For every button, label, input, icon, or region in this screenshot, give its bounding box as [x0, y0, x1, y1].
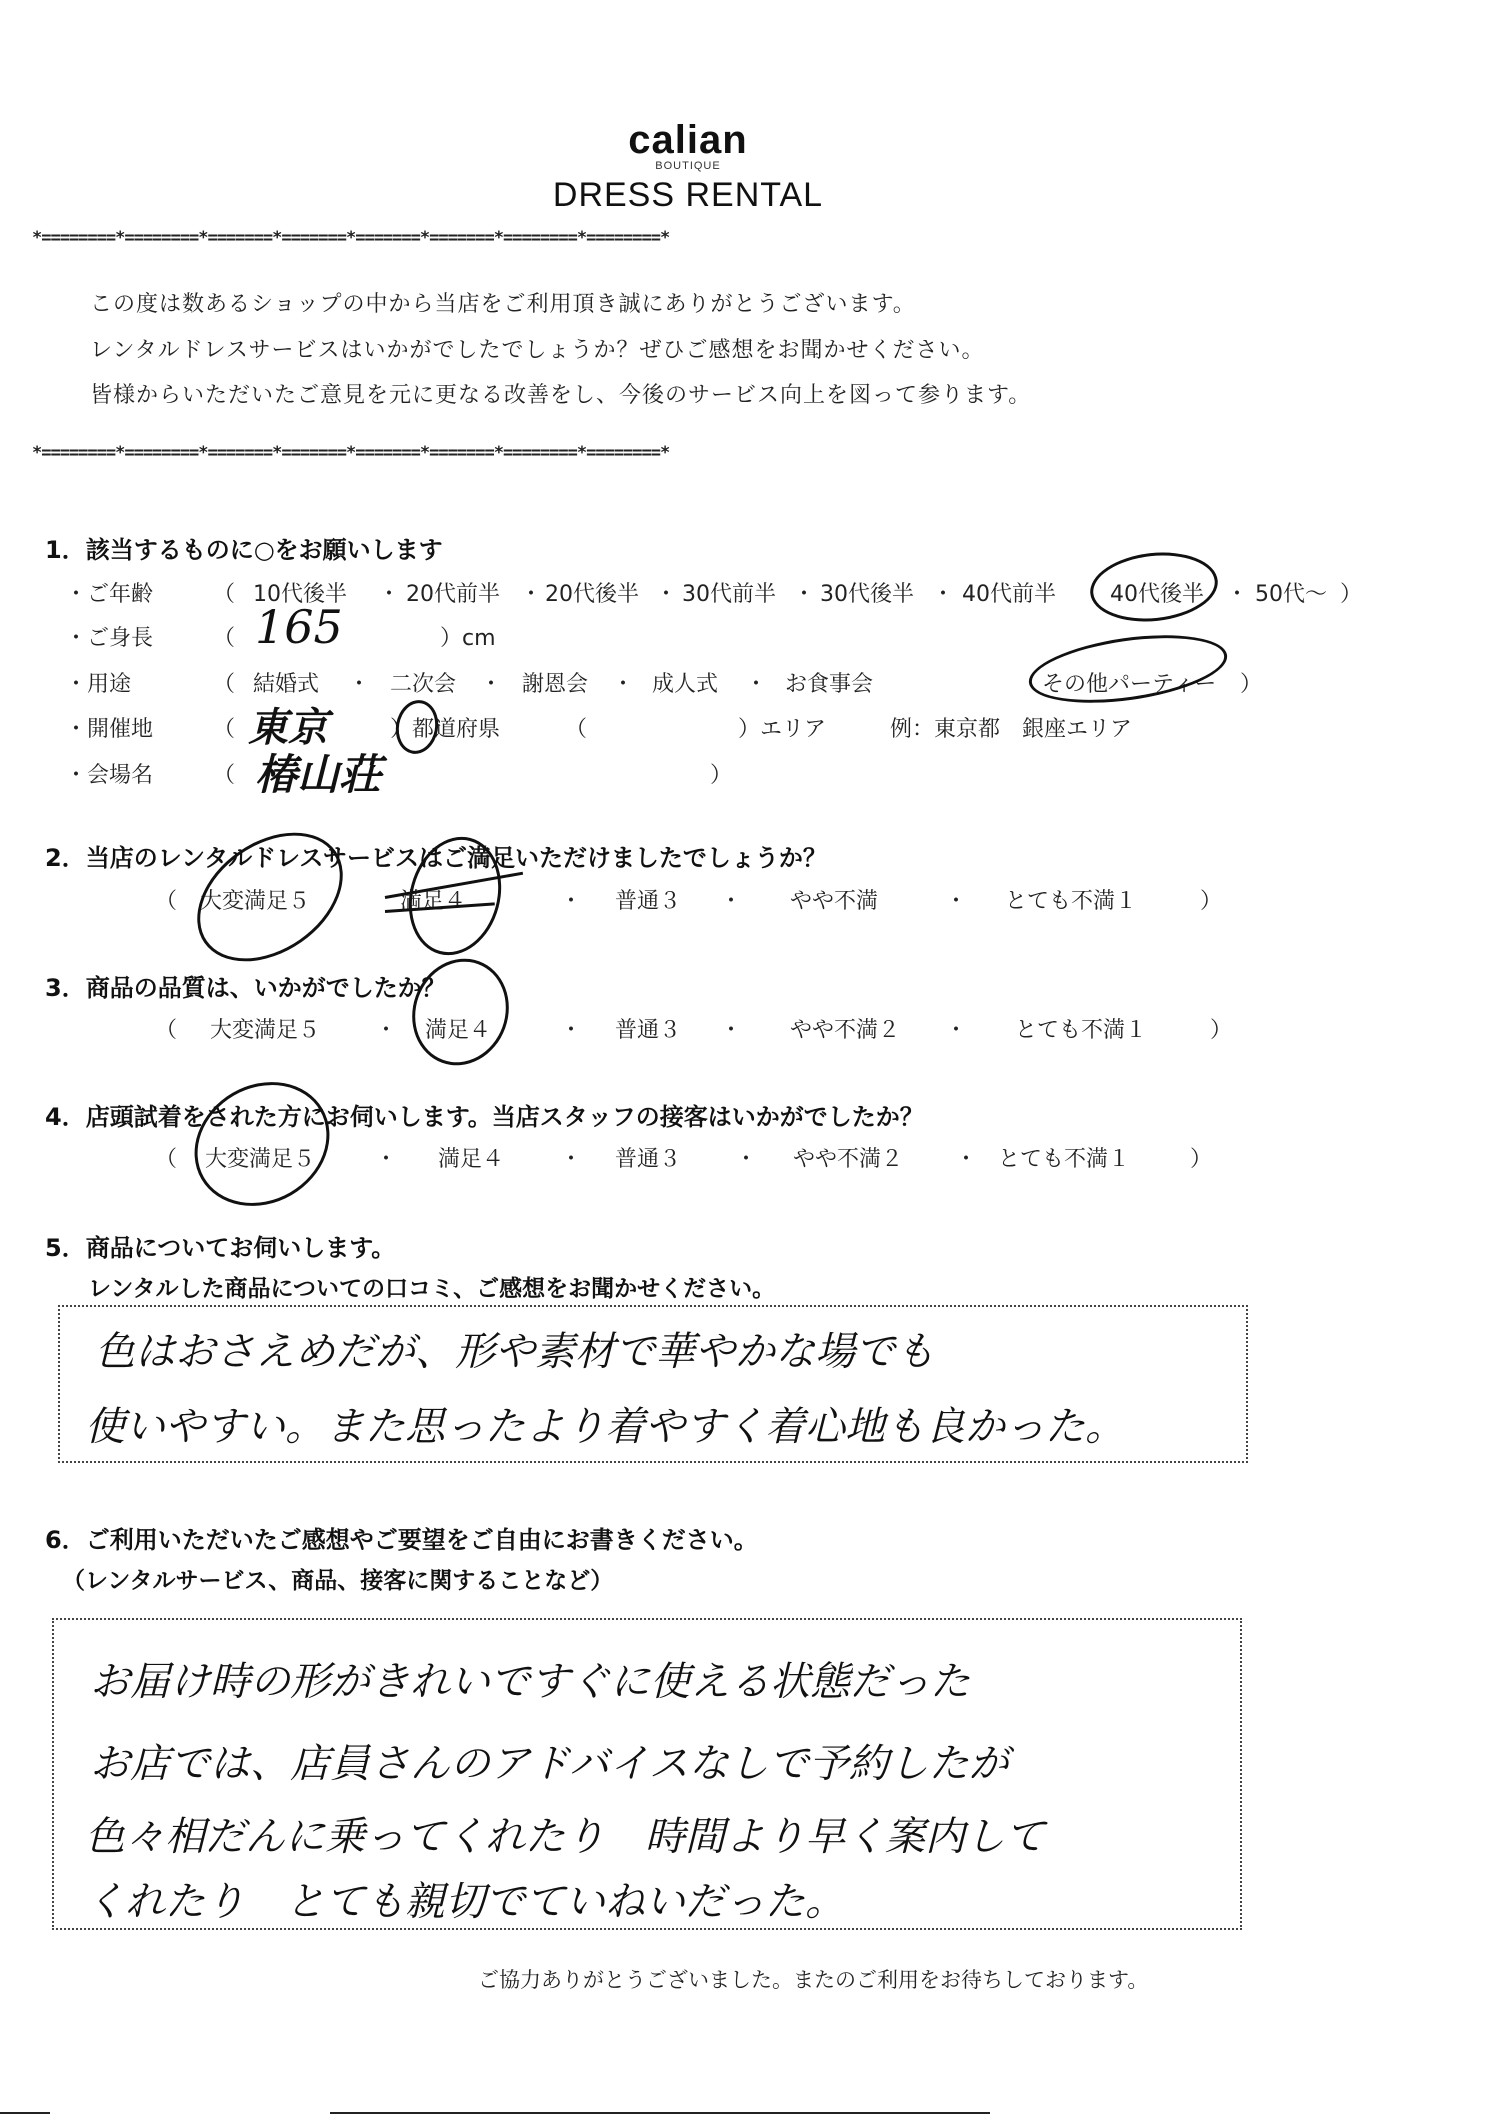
age-option[interactable]: 20代前半 — [406, 577, 500, 608]
purpose-option[interactable]: 謝恩会 — [522, 667, 588, 698]
separator-dot: ・ — [480, 667, 502, 698]
intro-line-3: 皆様からいただいたご意見を元に更なる改善をし、今後のサービス向上を図って参ります… — [90, 378, 1031, 409]
separator-dot: ・ — [945, 1013, 967, 1044]
separator-dot: ・ — [1226, 577, 1248, 608]
age-label: ・ご年齢 — [65, 577, 153, 608]
age-option[interactable]: 40代前半 — [962, 577, 1056, 608]
q3-option[interactable]: 大変満足５ — [210, 1013, 320, 1044]
location-example: 例：東京都 銀座エリア — [890, 712, 1132, 743]
venue-open-paren: （ — [213, 758, 235, 789]
q3-option[interactable]: とても不満１ — [1015, 1013, 1147, 1044]
age-option[interactable]: 30代後半 — [820, 577, 914, 608]
q3-close-paren: ） — [1210, 1013, 1232, 1044]
q4-close-paren: ） — [1190, 1142, 1212, 1173]
q2-close-paren: ） — [1200, 884, 1222, 915]
area-suffix: ）エリア — [738, 712, 826, 743]
venue-label: ・会場名 — [65, 758, 153, 789]
q3-option[interactable]: やや不満２ — [790, 1013, 900, 1044]
age-option[interactable]: 30代前半 — [682, 577, 776, 608]
location-open-paren: （ — [213, 712, 235, 743]
q4-option[interactable]: 普通３ — [615, 1142, 681, 1173]
height-value[interactable]: 165 — [255, 600, 343, 654]
q5-answer-line-1: 色はおさえめだが、形や素材で華やかな場でも — [95, 1320, 935, 1377]
footer-thanks: ご協力ありがとうございました。またのご利用をお待ちしております。 — [478, 1964, 1148, 1994]
separator-dot: ・ — [655, 577, 677, 608]
separator-dot: ・ — [375, 1142, 397, 1173]
purpose-label: ・用途 — [65, 667, 131, 698]
q4-option[interactable]: 満足４ — [438, 1142, 504, 1173]
q3-open-paren: （ — [155, 1013, 177, 1044]
separator-dot: ・ — [560, 1013, 582, 1044]
separator-dot: ・ — [378, 577, 400, 608]
area-open-paren: （ — [565, 712, 587, 743]
selection-circle — [1087, 546, 1221, 627]
q6-answer-line-3: 色々相だんに乗ってくれたり 時間より早く案内して — [85, 1805, 1045, 1862]
separator-dot: ・ — [560, 884, 582, 915]
q4-option[interactable]: とても不満１ — [998, 1142, 1130, 1173]
venue-value[interactable]: 椿山荘 — [255, 742, 381, 802]
age-option[interactable]: 20代後半 — [545, 577, 639, 608]
selection-circle — [397, 945, 523, 1079]
q5-answer-line-2: 使いやすい。また思ったより着やすく着心地も良かった。 — [85, 1395, 1125, 1452]
q2-option[interactable]: やや不満 — [790, 884, 878, 915]
selection-circle — [1025, 624, 1232, 713]
question-6-subtitle: （レンタルサービス、商品、接客に関することなど） — [62, 1562, 613, 1595]
separator-dot: ・ — [793, 577, 815, 608]
question-6-title: 6．ご利用いただいたご感想やご要望をご自由にお書きください。 — [45, 1520, 758, 1555]
question-3-title: 3．商品の品質は、いかがでしたか？ — [45, 968, 446, 1003]
separator-dot: ・ — [375, 1013, 397, 1044]
purpose-option[interactable]: 二次会 — [390, 667, 456, 698]
height-open-paren: （ — [213, 621, 235, 652]
separator-top: *========*========*=======*=======*=====… — [32, 228, 669, 248]
purpose-option[interactable]: 結婚式 — [253, 667, 319, 698]
separator-dot: ・ — [720, 884, 742, 915]
age-open-paren: （ — [213, 577, 235, 608]
scan-edge-line — [0, 2112, 50, 2114]
separator-dot: ・ — [735, 1142, 757, 1173]
q4-open-paren: （ — [155, 1142, 177, 1173]
q3-option[interactable]: 普通３ — [615, 1013, 681, 1044]
separator-dot: ・ — [348, 667, 370, 698]
separator-dot: ・ — [560, 1142, 582, 1173]
intro-line-2: レンタルドレスサービスはいかがでしたでしょうか？ぜひご感想をお聞かせください。 — [90, 333, 984, 364]
venue-close-paren: ） — [710, 758, 732, 789]
separator-bottom: *========*========*=======*=======*=====… — [32, 443, 669, 463]
brand-subtitle: BOUTIQUE — [0, 160, 1376, 172]
purpose-option[interactable]: 成人式 — [652, 667, 718, 698]
location-label: ・開催地 — [65, 712, 153, 743]
q6-answer-line-1: お届け時の形がきれいですぐに使える状態だった — [90, 1650, 970, 1707]
page-title: DRESS RENTAL — [0, 176, 1376, 215]
question-5-subtitle: レンタルした商品についての口コミ、ご感想をお聞かせください。 — [88, 1270, 775, 1303]
question-4-title: 4．店頭試着をされた方にお伺いします。当店スタッフの接客はいかがでしたか？ — [45, 1097, 924, 1132]
separator-dot: ・ — [520, 577, 542, 608]
age-close-paren: ） — [1340, 577, 1362, 608]
purpose-close-paren: ） — [1240, 667, 1262, 698]
selection-circle — [392, 697, 443, 757]
q6-answer-line-4: くれたり とても親切でていねいだった。 — [85, 1870, 845, 1927]
q2-option[interactable]: 普通３ — [615, 884, 681, 915]
separator-dot: ・ — [945, 884, 967, 915]
separator-dot: ・ — [932, 577, 954, 608]
q2-open-paren: （ — [155, 884, 177, 915]
selection-circle — [172, 1058, 352, 1230]
separator-dot: ・ — [955, 1142, 977, 1173]
q2-option[interactable]: とても不満１ — [1005, 884, 1137, 915]
question-1-title: 1．該当するものに○をお願いします — [45, 530, 443, 565]
height-label: ・ご身長 — [65, 621, 153, 652]
separator-dot: ・ — [720, 1013, 742, 1044]
question-5-title: 5．商品についてお伺いします。 — [45, 1228, 395, 1263]
intro-line-1: この度は数あるショップの中から当店をご利用頂き誠にありがとうございます。 — [90, 287, 916, 318]
q4-option[interactable]: やや不満２ — [793, 1142, 903, 1173]
q6-answer-line-2: お店では、店員さんのアドバイスなしで予約したが — [90, 1732, 1009, 1789]
scan-edge-line — [330, 2112, 990, 2114]
purpose-open-paren: （ — [213, 667, 235, 698]
separator-dot: ・ — [612, 667, 634, 698]
separator-dot: ・ — [745, 667, 767, 698]
selection-circle — [173, 806, 367, 988]
brand-name: calian — [0, 118, 1376, 163]
height-unit: ）cm — [440, 621, 496, 652]
purpose-option[interactable]: お食事会 — [785, 667, 873, 698]
age-option[interactable]: 50代～ — [1255, 577, 1327, 608]
